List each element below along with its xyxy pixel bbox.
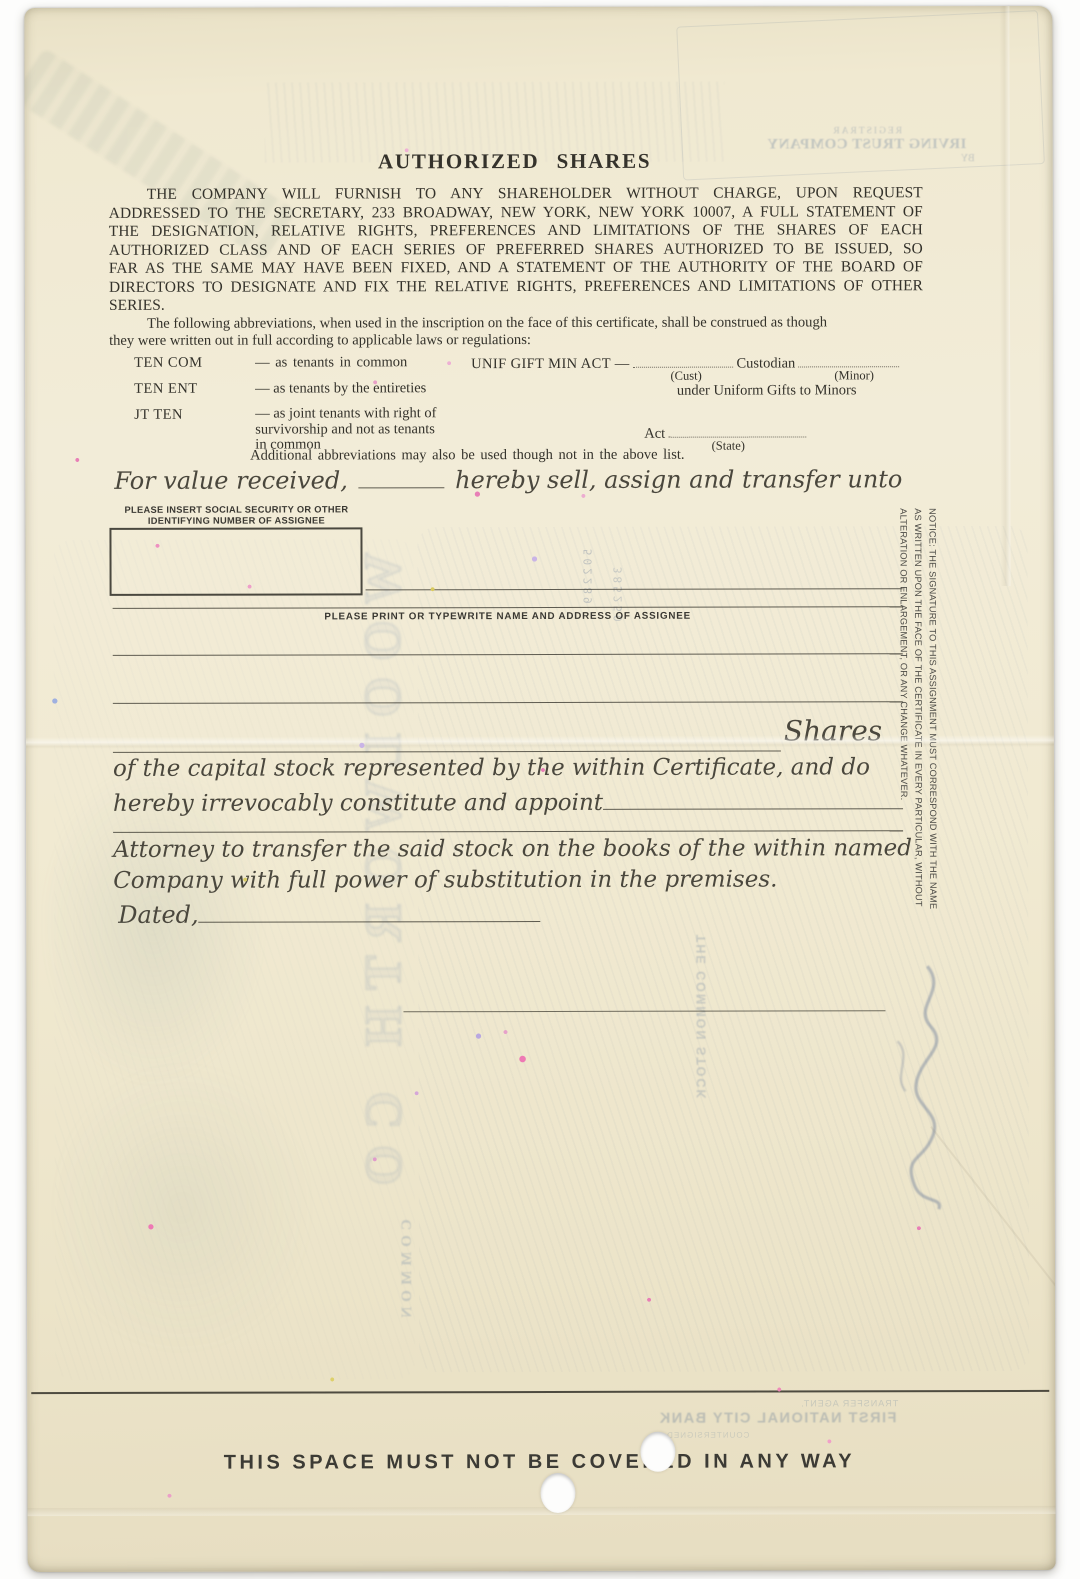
attorney-line-2: Company with full power of substitution …	[113, 867, 777, 894]
footer-warning: THIS SPACE MUST NOT BE COVERED IN ANY WA…	[144, 1450, 934, 1475]
cust-hint: (Cust)	[636, 369, 736, 384]
vertical-crease	[999, 6, 1010, 586]
registrar-title-ghost: REGISTRAR	[751, 126, 983, 136]
punch-hole-1	[640, 1432, 675, 1472]
dotted-leader	[798, 353, 899, 367]
abbreviations-intro: The following abbreviations, when used i…	[109, 314, 929, 350]
transfer-agent-bank-ghost: FIRST NATIONAL CITY BANK	[587, 1410, 967, 1427]
horizontal-crease	[26, 735, 1054, 749]
signature-scribble-ghost	[872, 961, 973, 1211]
custodian-label: Custodian	[736, 355, 795, 372]
footer-rule	[31, 1390, 1049, 1394]
furnish-statement-paragraph: THE COMPANY WILL FURNISH TO ANY SHAREHOL…	[109, 184, 923, 315]
abbr-jt-ten-meaning: — as joint tenants with right of survivo…	[255, 406, 436, 453]
ssn-box-label: PLEASE INSERT SOCIAL SECURITY OR OTHER I…	[111, 504, 361, 527]
unif-gift-label: UNIF GIFT MIN ACT —	[471, 356, 630, 373]
minor-hint: (Minor)	[804, 368, 904, 383]
dotted-leader	[633, 354, 734, 368]
act-label: Act	[644, 426, 665, 443]
sell-assign-label: hereby sell, assign and transfer unto	[455, 465, 902, 494]
for-value-row: For value received, hereby sell, assign …	[114, 464, 902, 495]
appoint-row: hereby irrevocably constitute and appoin…	[113, 786, 903, 817]
abbr-ten-com: TEN COM	[134, 355, 202, 372]
abbr-ten-com-meaning: — as tenants in common	[255, 354, 407, 371]
appoint-line: hereby irrevocably constitute and appoin…	[113, 790, 603, 817]
countersigned-ghost: COUNTERSIGNED	[619, 1431, 749, 1440]
date-fill-line	[199, 899, 541, 923]
for-value-label: For value received,	[114, 466, 348, 494]
print-name-label: PLEASE PRINT OR TYPEWRITE NAME AND ADDRE…	[226, 610, 790, 622]
vignette-ghost-left-lower	[47, 1057, 318, 1358]
horizontal-crease-lower	[28, 1506, 1056, 1516]
capital-stock-line: of the capital stock represented by the …	[113, 754, 870, 782]
certificate-back-paper: REGISTRAR IRVING TRUST COMPANY BY WOOLWO…	[24, 6, 1055, 1572]
common-panel-ghost: COMMON	[399, 1219, 416, 1379]
dated-label: Dated,	[118, 901, 198, 929]
assignor-fill-line	[358, 465, 444, 488]
abbr-ten-ent: TEN ENT	[134, 381, 198, 398]
abbr-ten-ent-meaning: — as tenants by the entireties	[255, 380, 426, 397]
attorney-line-1: Attorney to transfer the said stock on t…	[113, 835, 912, 863]
dotted-leader	[668, 423, 806, 437]
under-uniform-note: under Uniform Gifts to Minors	[629, 382, 904, 400]
punch-hole-2	[540, 1473, 575, 1513]
additional-abbreviations-note: Additional abbreviations may also be use…	[137, 446, 797, 464]
transfer-agent-ghost: TRANSFER AGENT.	[779, 1398, 919, 1408]
dated-row: Dated,	[118, 899, 540, 929]
common-stock-ghost: THE COMMON STOCK	[694, 935, 709, 1205]
scanned-certificate-back: REGISTRAR IRVING TRUST COMPANY BY WOOLWO…	[0, 0, 1080, 1579]
abbr-jt-ten: JT TEN	[134, 407, 183, 424]
attorney-fill-line	[603, 786, 903, 810]
ssn-entry-box	[109, 527, 362, 596]
page-title: AUTHORIZED SHARES	[109, 148, 921, 175]
